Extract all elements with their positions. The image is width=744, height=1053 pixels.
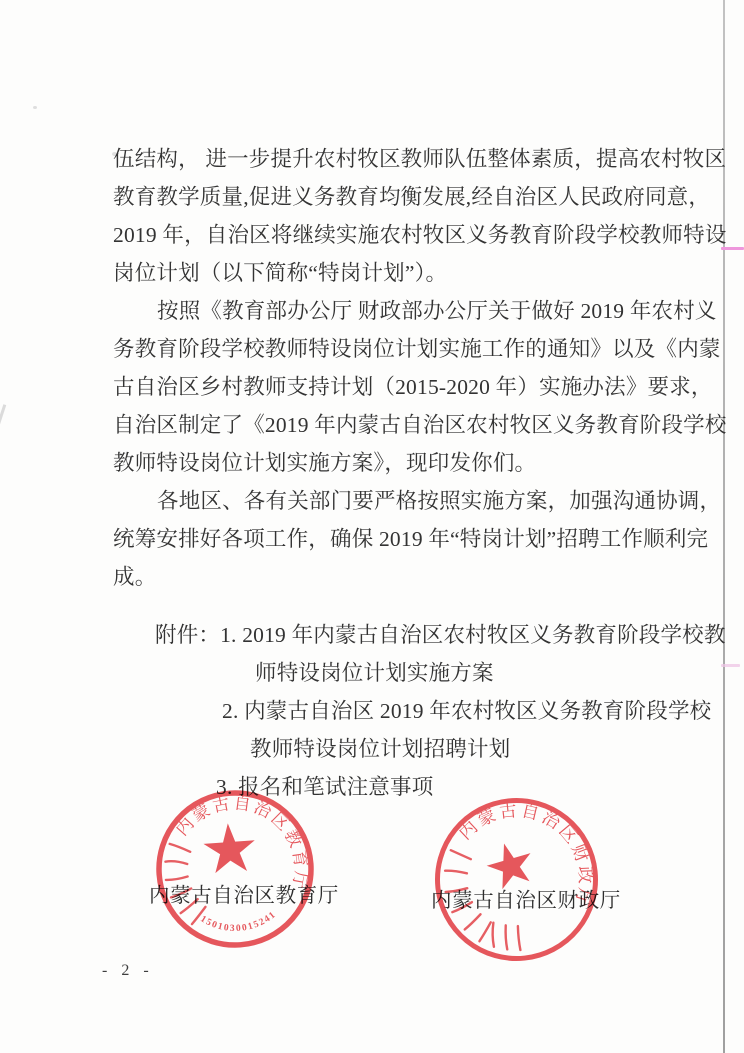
attachment-line: 附件：1. 2019 年内蒙古自治区农村牧区义务教育阶段学校教 <box>155 616 695 654</box>
star-icon <box>202 822 257 874</box>
page-number: - 2 - <box>102 962 154 980</box>
seal-serial-number: 1501030015241 <box>198 909 280 937</box>
education-department-seal: 内蒙古自治区教育厅 1501030015241 <box>144 778 325 959</box>
document-page: 伍结构， 进一步提升农村牧区教师队伍整体素质，提高农村牧区 教育教学质量,促进义… <box>0 0 744 1053</box>
svg-text:1501030015241: 1501030015241 <box>198 909 280 937</box>
body-line: 统筹安排好各项工作，确保 2019 年“特岗计划”招聘工作顺利完 <box>113 520 713 558</box>
finance-department-seal: 内蒙古自治区财政厅 <box>420 783 612 975</box>
body-line: 2019 年，自治区将继续实施农村牧区义务教育阶段学校教师特设 <box>113 216 713 254</box>
body-line: 按照《教育部办公厅 财政部办公厅关于做好 2019 年农村义 <box>113 292 713 330</box>
body-text: 伍结构， 进一步提升农村牧区教师队伍整体素质，提高农村牧区 教育教学质量,促进义… <box>113 140 713 596</box>
body-line: 古自治区乡村教师支持计划（2015-2020 年）实施办法》要求， <box>113 368 713 406</box>
body-line: 务教育阶段学校教师特设岗位计划实施工作的通知》以及《内蒙 <box>113 330 713 368</box>
body-line: 伍结构， 进一步提升农村牧区教师队伍整体素质，提高农村牧区 <box>113 140 713 178</box>
scan-speck <box>33 106 37 109</box>
body-line: 岗位计划（以下简称“特岗计划”）。 <box>113 254 713 292</box>
body-line: 教育教学质量,促进义务教育均衡发展,经自治区人民政府同意， <box>113 178 713 216</box>
pink-registration-mark <box>721 247 744 250</box>
body-line: 教师特设岗位计划实施方案》，现印发你们。 <box>113 444 713 482</box>
body-line: 成。 <box>113 558 713 596</box>
scan-streak <box>0 404 6 432</box>
pink-registration-mark <box>721 664 740 667</box>
body-line: 各地区、各有关部门要严格按照实施方案，加强沟通协调， <box>113 482 713 520</box>
body-line: 自治区制定了《2019 年内蒙古自治区农村牧区义务教育阶段学校 <box>113 406 713 444</box>
attachment-line: 师特设岗位计划实施方案 <box>255 654 695 692</box>
star-icon <box>482 837 538 891</box>
attachment-list: 附件：1. 2019 年内蒙古自治区农村牧区义务教育阶段学校教 师特设岗位计划实… <box>155 616 695 806</box>
attachment-line: 2. 内蒙古自治区 2019 年农村牧区义务教育阶段学校 <box>222 692 695 730</box>
attachment-line: 教师特设岗位计划招聘计划 <box>250 730 695 768</box>
